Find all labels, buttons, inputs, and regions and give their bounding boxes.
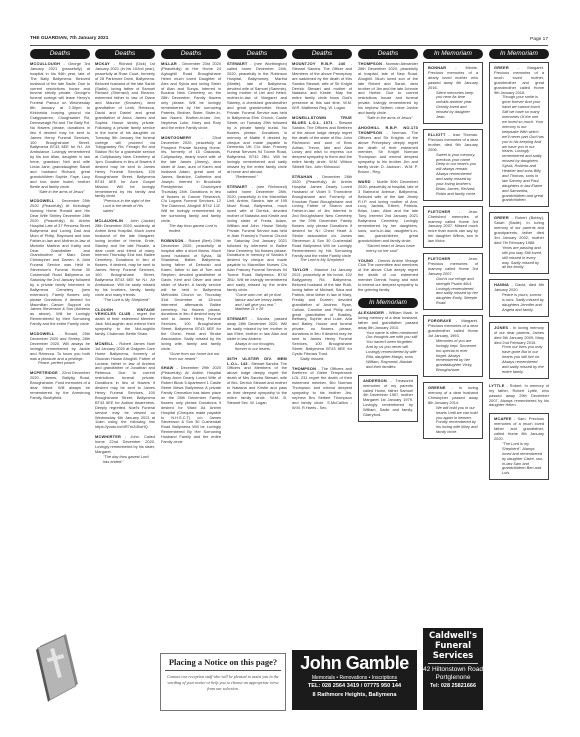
notice-text: - December 25th 2020 (Peacefully) At Kin…	[30, 198, 90, 326]
notice-text: - (nee Worthington) called home December…	[227, 61, 287, 174]
ad-caldwells[interactable]: Caldwell's Funeral Services 42 Hiltonsto…	[423, 628, 483, 710]
notice-text: - Richard (Dick) 1st January 2021 (in hi…	[95, 61, 155, 198]
section-header-deaths: Deaths	[161, 49, 221, 59]
notice-item: MCLAUGHLIN - John (Jackie) 28th December…	[95, 219, 155, 302]
notice-text: - Robert (Bobby), Sarah (Sadie). In lovi…	[494, 215, 544, 245]
ad-caldwell-tel: Tel: 028 25821666	[423, 683, 483, 689]
notice-item: LYTTLE - Robert. In memory of my father,…	[489, 384, 549, 409]
section-header-memoriam: In Memoriam	[489, 49, 549, 59]
notice-verse: "Safe in the arms of Jesus"	[358, 116, 418, 121]
notice-verse: "Precious in the sight of the Lord is th…	[95, 199, 155, 214]
notice-item: MILLAR - December 23rd 2020 (Peacefully)…	[161, 62, 221, 131]
notice-item: MCDOWELL - December 25th 2020 (Peacefull…	[30, 199, 90, 327]
notice-text: - Stewart Sandra. The Officers and Breth…	[292, 120, 352, 169]
publication-title: THE GUARDIAN, 7th January 2021	[30, 36, 108, 41]
notice-verse: "Come unto me, all ye that labour and ar…	[227, 293, 287, 313]
notice-item: THOMPSON - Norman Alexander 28th Decembe…	[358, 62, 418, 121]
notice-item: 36TH ULSTER DIV. MEM L.O.L. 143 - Stewar…	[227, 357, 287, 406]
notice-item: MCWHIRTER - John. Called home 22nd Decem…	[95, 435, 155, 464]
placing-notice-box: Placing a Notice on this page? Contact o…	[160, 653, 286, 711]
notice-item: GREENE - In loving memory of a dear husb…	[423, 382, 483, 439]
notice-verse: Memories of you are lovingly kept. Someo…	[428, 339, 478, 373]
notice-item: MCDOWELL - Ronald, 25th December 2020 an…	[30, 332, 90, 366]
notice-item: MOUNTJOY R.B.P. 240 - Stewart Sandra. Th…	[292, 62, 352, 111]
notice-item: GREER - Margaret. Precious memories of a…	[489, 62, 549, 207]
notice-text: - Norman. The Officers and Sir Knights o…	[358, 130, 418, 174]
notice-verse: "The day thou gavest Lord has ended."	[95, 455, 155, 465]
notice-text: - Margaret. Precious memories of a much …	[494, 65, 544, 95]
notice-text: - Dennis Antrim Vintage Club The committ…	[358, 258, 418, 292]
notice-text: - 23nd December 2020, peacefully at Pros…	[161, 135, 221, 223]
notice-item: STRAHAN - December 28th 2020 (Peacefully…	[292, 175, 352, 263]
notice-item: FLETCHER - Jean. Cherished memories of m…	[423, 206, 483, 248]
notice-item: STEWART - (nee Richmond) called home Dec…	[227, 185, 287, 313]
ad-caldwell-address: 42 Hiltonstown Road Portglenone	[423, 666, 483, 681]
column-deaths-5: Deaths MOUNTJOY R.B.P. 240 - Stewart San…	[292, 49, 352, 416]
bible-cross-icon	[32, 632, 82, 702]
notice-text: - George 3rd January 2021 (peacefully) a…	[30, 61, 90, 189]
notice-text: - The Officers and Brethren of Glebe Tem…	[292, 366, 352, 410]
ad-caldwell-line2: Funeral	[423, 641, 483, 651]
section-header-deaths: Deaths	[30, 49, 90, 59]
placing-notice-title: Placing a Notice on this page?	[165, 657, 281, 671]
notice-item: ROBINSON - Robert (Bert) 29th December 2…	[161, 239, 221, 362]
notice-item: YOUNG - Dennis Antrim Vintage Club The c…	[358, 259, 418, 293]
notice-verse: Silent memories keep you near As time un…	[428, 91, 478, 120]
notice-verse: The Lord is My Shepherd	[292, 258, 352, 263]
notice-item: FLETCHER - Jean. Precious memories of ma…	[423, 253, 483, 310]
ad-gamble-address: 8 Rathmore Heights, Ballymena	[292, 692, 417, 698]
notice-item: ANDERSON - Treasured memories of my pare…	[358, 375, 418, 422]
notice-verse: The day thou gavest Lord is ended.	[161, 224, 221, 234]
notice-text: - Treasured memories of my parents calle…	[363, 378, 413, 417]
notice-item: STEWART - (nee Worthington) called home …	[227, 62, 287, 180]
notice-item: MCNEILLSTOWN TRUE BLUES L.O.L. 1071 - St…	[292, 116, 352, 170]
notice-text: - Jean. Cherished memories of mammy call…	[428, 209, 478, 243]
notice-verse: God is our refuge and strength Psalm 46v…	[428, 277, 478, 306]
notice-verse: From our lives you may have gone But in …	[494, 345, 544, 374]
section-header-deaths: Deaths	[227, 49, 287, 59]
section-header-deaths: Deaths	[358, 49, 418, 59]
column-deaths-1: Deaths MCCULLOUGH - George 3rd January 2…	[30, 49, 90, 406]
notice-text: - Stewart Sandra. The Officers and Membe…	[227, 361, 287, 405]
notice-verse: "The Lord is My Shepherd"	[95, 298, 155, 303]
notice-text: - Robert James Noel 1st January 2020 at …	[95, 341, 155, 429]
masthead: THE GUARDIAN, 7th January 2021 Page 17	[30, 36, 548, 46]
column-deaths-3: Deaths MILLAR - December 23rd 2020 (Peac…	[161, 49, 221, 450]
notice-text: - Stewart Sandra. The Officer and Member…	[292, 61, 352, 110]
notice-item: CLOUGH VINTAGE VEHICLES CLUB - regret th…	[95, 308, 155, 337]
notice-verse: Sweet is your memory, precious your name…	[428, 153, 478, 197]
notice-item: MCKAY - Richard (Dick) 1st January 2021 …	[95, 62, 155, 214]
notice-item: MCNEILL - Robert James Noel 1st January …	[95, 342, 155, 430]
ad-caldwell-line3: Services	[423, 651, 483, 661]
section-header-deaths: Deaths	[292, 49, 352, 59]
notice-item: THOMPSON - The Officers and Brethren of …	[292, 367, 352, 411]
notice-item: TAYLOR - Maurice 1st January 2021, peace…	[292, 268, 352, 361]
notice-verse: We will hold you in our hearts Until we …	[428, 406, 478, 435]
notice-text: - December 28th 2020 (Peacefully) At Ant…	[292, 174, 352, 258]
ad-john-gamble[interactable]: John Gamble Memorials • Renovations • In…	[292, 650, 417, 710]
notice-item: MCAFEE - Sam. Precious memories of a muc…	[489, 413, 549, 480]
notice-verse: "Sacred heart of Jesus have mercy on her…	[358, 244, 418, 254]
page-number: Page 17	[530, 37, 548, 42]
notice-item: BONNAR - Minnie. Precious memories of a …	[423, 62, 483, 124]
ad-caldwell-line1: Caldwell's	[423, 631, 483, 641]
notice-item: FORGRAVE - Margaret. Precious memories o…	[423, 315, 483, 377]
placing-notice-body: Contact our reception staff who will be …	[165, 674, 281, 692]
notice-item: MCCULLOUGH - George 3rd January 2021 (pe…	[30, 62, 90, 194]
notice-item: GREER - Robert (Bobby), Sarah (Sadie). I…	[489, 212, 549, 274]
section-header-deaths: Deaths	[95, 49, 155, 59]
notice-verse: "The Lord is my Shepherd". Always loved …	[494, 442, 544, 476]
notice-verse: Years are passing and still you stay Sti…	[494, 246, 544, 271]
ad-gamble-tel: TEL: 028 2564 3419 / 07775 950 144	[292, 683, 417, 689]
notice-text: - (nee Richmond) called home December 28…	[227, 184, 287, 292]
notice-verse: "Redeemed."	[227, 175, 287, 180]
notice-verse: Sadly missed.	[292, 357, 352, 362]
notice-text: - Noelle 30th December 2020, peacefully …	[358, 179, 418, 243]
notice-verse: "Gone from our home but not from our hea…	[161, 352, 221, 362]
notice-text: - Maurice 1st January 2021, peacefully a…	[292, 267, 352, 355]
notice-item: STEWART - Sandra, passed away 28th Decem…	[227, 317, 287, 351]
notice-item: SHAW - December 29th 2020 (Peacefully) A…	[161, 366, 221, 445]
notice-text: - December 29th 2020 (Peacefully) At Ant…	[161, 365, 221, 444]
notice-verse: Peace is yours, sorrow is ours. Sadly mi…	[494, 293, 544, 313]
ad-gamble-name: John Gamble	[292, 653, 417, 673]
column-deaths-6: Deaths THOMPSON - Norman Alexander 28th …	[358, 49, 418, 427]
notice-item: HANNA - David, died 6th January 2020.Pea…	[489, 279, 549, 316]
ad-gamble-services: Memorials • Renovations • Inscriptions	[292, 675, 417, 681]
notice-item: ALEXANDER - William Mark. In loving memo…	[358, 311, 418, 370]
notice-verse: Though your smile is gone forever And yo…	[494, 95, 544, 203]
notice-item: JONES - In loving memory of our dear par…	[489, 322, 549, 379]
notice-text: - 22nd December 2020. James, Ballylig Ro…	[30, 370, 90, 400]
notice-text: - Ronald, 25th December 2020 and Shirley…	[30, 331, 90, 361]
notice-verse: Always in our thoughts, forever in our h…	[227, 342, 287, 352]
notice-verse: Your name is often mentioned Our thought…	[358, 331, 418, 370]
column-deaths-4: Deaths STEWART - (nee Worthington) calle…	[227, 49, 287, 411]
notice-item: MONTGOMERY - 23nd December 2020, peacefu…	[161, 136, 221, 234]
notice-text: - December 23rd 2020 (Peacefully) at Her…	[161, 61, 221, 130]
section-header-memoriam: In Memoriam	[358, 298, 418, 308]
column-memoriam-1: In Memoriam BONNAR - Minnie. Precious me…	[423, 49, 483, 444]
notice-item: MCPETRIDGE - 22nd December 2020. James, …	[30, 371, 90, 400]
notice-verse: "Safe in the arms of Jesus"	[30, 190, 90, 195]
notice-text: - Norman Alexander 28th December 2020, p…	[358, 61, 418, 115]
notice-item: WARD - Noelle 30th December 2020, peacef…	[358, 180, 418, 254]
column-memoriam-2: In Memoriam GREER - Margaret. Precious m…	[489, 49, 549, 485]
section-header-memoriam: In Memoriam	[423, 49, 483, 59]
notice-item: ELLIOTT - Ivan Thomas. Precious memories…	[423, 129, 483, 201]
notice-item: AHOGHILL R.B.P. NO.173 THOMPSON - Norman…	[358, 126, 418, 175]
column-deaths-2: Deaths MCKAY - Richard (Dick) 1st Januar…	[95, 49, 155, 470]
notice-text: - John (Jackie) 28th December 2020, sudd…	[95, 218, 155, 297]
notice-verse: Peace, perfect peace.	[30, 361, 90, 366]
notice-text: - Robert (Bert) 29th December 2020, peac…	[161, 238, 221, 351]
